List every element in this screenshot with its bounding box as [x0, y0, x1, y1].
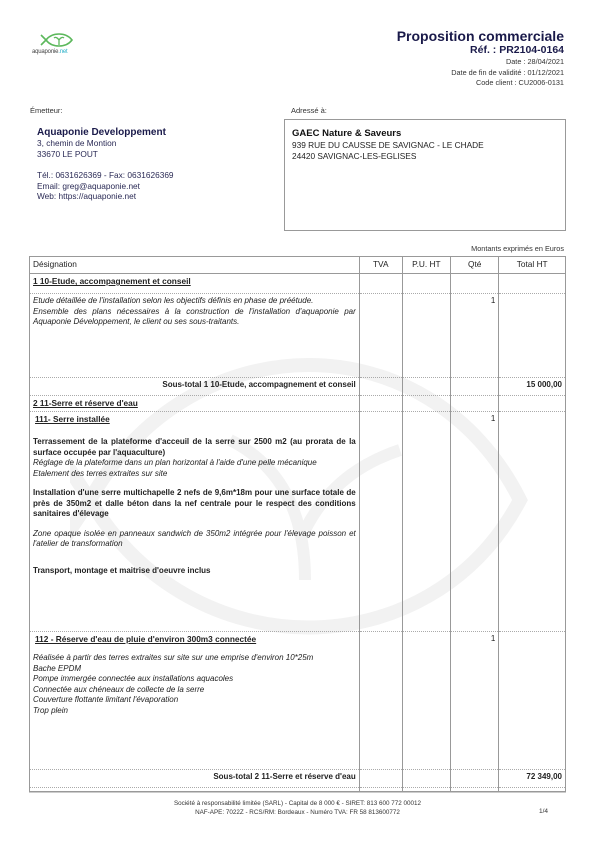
col-pu: P.U. HT — [402, 257, 450, 274]
document-header: Proposition commerciale Réf. : PR2104-01… — [397, 28, 564, 89]
section-row: 2 11-Serre et réserve d'eau — [30, 396, 566, 412]
emitter-block: Aquaponie Developpement 3, chemin de Mon… — [37, 127, 174, 202]
subtotal-label: Sous-total 1 10-Etude, accompagnement et… — [30, 378, 360, 396]
subtotal-row: Sous-total 2 11-Serre et réserve d'eau 7… — [30, 770, 566, 788]
subtotal-label: Sous-total 2 11-Serre et réserve d'eau — [30, 770, 360, 788]
page-number: 1/4 — [539, 808, 548, 815]
emitter-web: Web: https://aquaponie.net — [37, 191, 174, 202]
item-description: Zone opaque isolée en panneaux sandwich … — [33, 529, 356, 550]
recipient-address2: 24420 SAVIGNAC-LES-EGLISES — [292, 151, 558, 162]
subtotal-value: 72 349,00 — [499, 770, 566, 788]
table-row: 112 - Réserve d'eau de pluie d'environ 3… — [30, 632, 566, 770]
item-bold-text: Transport, montage et maitrise d'oeuvre … — [33, 566, 356, 577]
emitter-label: Émetteur: — [30, 106, 63, 115]
legal-footer: Société à responsabilité limitée (SARL) … — [0, 799, 595, 817]
recipient-name: GAEC Nature & Saveurs — [292, 128, 558, 140]
subtotal-value: 15 000,00 — [499, 378, 566, 396]
item-description: Bache EPDM — [33, 664, 356, 675]
col-total: Total HT — [499, 257, 566, 274]
item-description: Connectée aux chéneaux de collecte de la… — [33, 685, 356, 696]
subtotal-row: Sous-total 1 10-Etude, accompagnement et… — [30, 378, 566, 396]
emitter-address2: 33670 LE POUT — [37, 149, 174, 160]
item-description: Couverture flottante limitant l'évaporat… — [33, 695, 356, 706]
item-title: 112 - Réserve d'eau de pluie d'environ 3… — [35, 634, 356, 644]
emitter-name: Aquaponie Developpement — [37, 127, 174, 138]
item-description: Ensemble des plans nécessaires à la cons… — [33, 307, 356, 328]
item-bold-text: Terrassement de la plateforme d'acceuil … — [33, 437, 356, 458]
section-title: 1 10-Etude, accompagnement et conseil — [33, 276, 191, 286]
item-description: Pompe immergée connectée aux installatio… — [33, 674, 356, 685]
document-date: Date : 28/04/2021 — [397, 57, 564, 68]
currency-note: Montants exprimés en Euros — [471, 244, 564, 253]
emitter-address1: 3, chemin de Montion — [37, 138, 174, 149]
item-bold-text: Installation d'une serre multichapelle 2… — [33, 488, 356, 520]
item-qty: 1 — [451, 632, 499, 770]
item-description: Trop plein — [33, 706, 356, 717]
recipient-label: Adressé à: — [291, 106, 327, 115]
line-items-table: Désignation TVA P.U. HT Qté Total HT 1 1… — [29, 256, 566, 792]
recipient-address1: 939 RUE DU CAUSSE DE SAVIGNAC - LE CHADE — [292, 140, 558, 151]
col-tva: TVA — [359, 257, 402, 274]
emitter-email: Email: greg@aquaponie.net — [37, 181, 174, 192]
document-title: Proposition commerciale — [397, 28, 564, 44]
recipient-box: GAEC Nature & Saveurs 939 RUE DU CAUSSE … — [284, 119, 566, 231]
item-description: Réglage de la plateforme dans un plan ho… — [33, 458, 356, 469]
validity-date: Date de fin de validité : 01/12/2021 — [397, 68, 564, 79]
item-title: 111- Serre installée — [35, 414, 356, 424]
table-header-row: Désignation TVA P.U. HT Qté Total HT — [30, 257, 566, 274]
item-description: Etalement des terres extraites sur site — [33, 469, 356, 480]
item-description: Réalisée à partir des terres extraites s… — [33, 653, 356, 664]
section-title: 2 11-Serre et réserve d'eau — [33, 398, 138, 408]
fish-icon — [40, 31, 76, 49]
col-designation: Désignation — [30, 257, 360, 274]
table-row: 111- Serre installée Terrassement de la … — [30, 412, 566, 632]
section-row: 1 10-Etude, accompagnement et conseil — [30, 274, 566, 294]
item-qty: 1 — [451, 412, 499, 632]
footer-line1: Société à responsabilité limitée (SARL) … — [0, 799, 595, 808]
table-end-row — [30, 788, 566, 792]
footer-line2: NAF-APE: 7022Z - RCS/RM: Bordeaux - Numé… — [0, 808, 595, 817]
table-row: Etude détaillée de l'installation selon … — [30, 294, 566, 378]
emitter-phone: Tél.: 0631626369 - Fax: 0631626369 — [37, 170, 174, 181]
col-qty: Qté — [451, 257, 499, 274]
company-logo: aquaponie.net — [28, 30, 88, 58]
item-description: Etude détaillée de l'installation selon … — [33, 296, 356, 307]
client-code: Code client : CU2006-0131 — [397, 78, 564, 89]
document-reference: Réf. : PR2104-0164 — [397, 44, 564, 57]
logo-text: aquaponie.net — [32, 49, 67, 55]
footer-divider — [29, 792, 566, 793]
item-qty: 1 — [451, 294, 499, 378]
